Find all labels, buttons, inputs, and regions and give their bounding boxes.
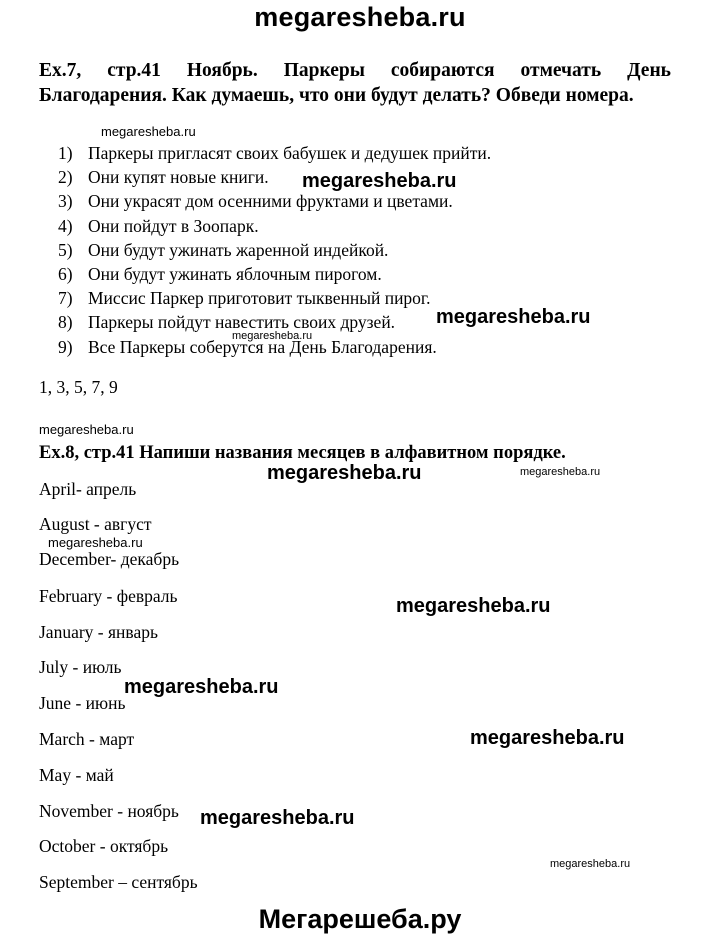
watermark-overlay: megaresheba.ru	[396, 595, 551, 618]
site-watermark-bottom: Мегарешеба.ру	[0, 904, 720, 935]
month-item: May - май	[39, 765, 114, 786]
month-item: April- апрель	[39, 479, 136, 500]
list-item: 1)Паркеры пригласят своих бабушек и деду…	[58, 141, 491, 165]
watermark-overlay: megaresheba.ru	[436, 306, 591, 329]
watermark-small: megaresheba.ru	[48, 535, 143, 550]
month-item: August - август	[39, 514, 152, 535]
list-item: 4)Они пойдут в Зоопарк.	[58, 214, 491, 238]
watermark-tiny: megaresheba.ru	[550, 858, 630, 870]
watermark-small: megaresheba.ru	[101, 124, 196, 139]
watermark-tiny: megaresheba.ru	[232, 330, 312, 342]
month-item: March - март	[39, 729, 134, 750]
month-item: January - январь	[39, 622, 158, 643]
watermark-overlay: megaresheba.ru	[200, 807, 355, 830]
month-item: November - ноябрь	[39, 801, 179, 822]
month-item: July - июль	[39, 657, 121, 678]
watermark-small: megaresheba.ru	[39, 422, 134, 437]
month-item: December- декабрь	[39, 549, 179, 570]
list-item: 5)Они будут ужинать жаренной индейкой.	[58, 238, 491, 262]
month-item: February - февраль	[39, 586, 178, 607]
site-watermark-top: megaresheba.ru	[0, 2, 720, 33]
month-item: September – сентябрь	[39, 872, 198, 893]
list-item: 7)Миссис Паркер приготовит тыквенный пир…	[58, 286, 491, 310]
watermark-overlay: megaresheba.ru	[470, 727, 625, 750]
watermark-overlay: megaresheba.ru	[302, 170, 457, 193]
month-item: June - июнь	[39, 693, 125, 714]
list-item: 3)Они украсят дом осенними фруктами и цв…	[58, 189, 491, 213]
list-item: 6)Они будут ужинать яблочным пирогом.	[58, 262, 491, 286]
exercise-7-answer: 1, 3, 5, 7, 9	[39, 377, 118, 398]
watermark-tiny: megaresheba.ru	[520, 466, 600, 478]
watermark-overlay: megaresheba.ru	[124, 676, 279, 699]
month-item: October - октябрь	[39, 836, 168, 857]
watermark-overlay: megaresheba.ru	[267, 462, 422, 485]
exercise-7-heading: Ex.7, стр.41 Ноябрь. Паркеры собираются …	[39, 58, 671, 108]
